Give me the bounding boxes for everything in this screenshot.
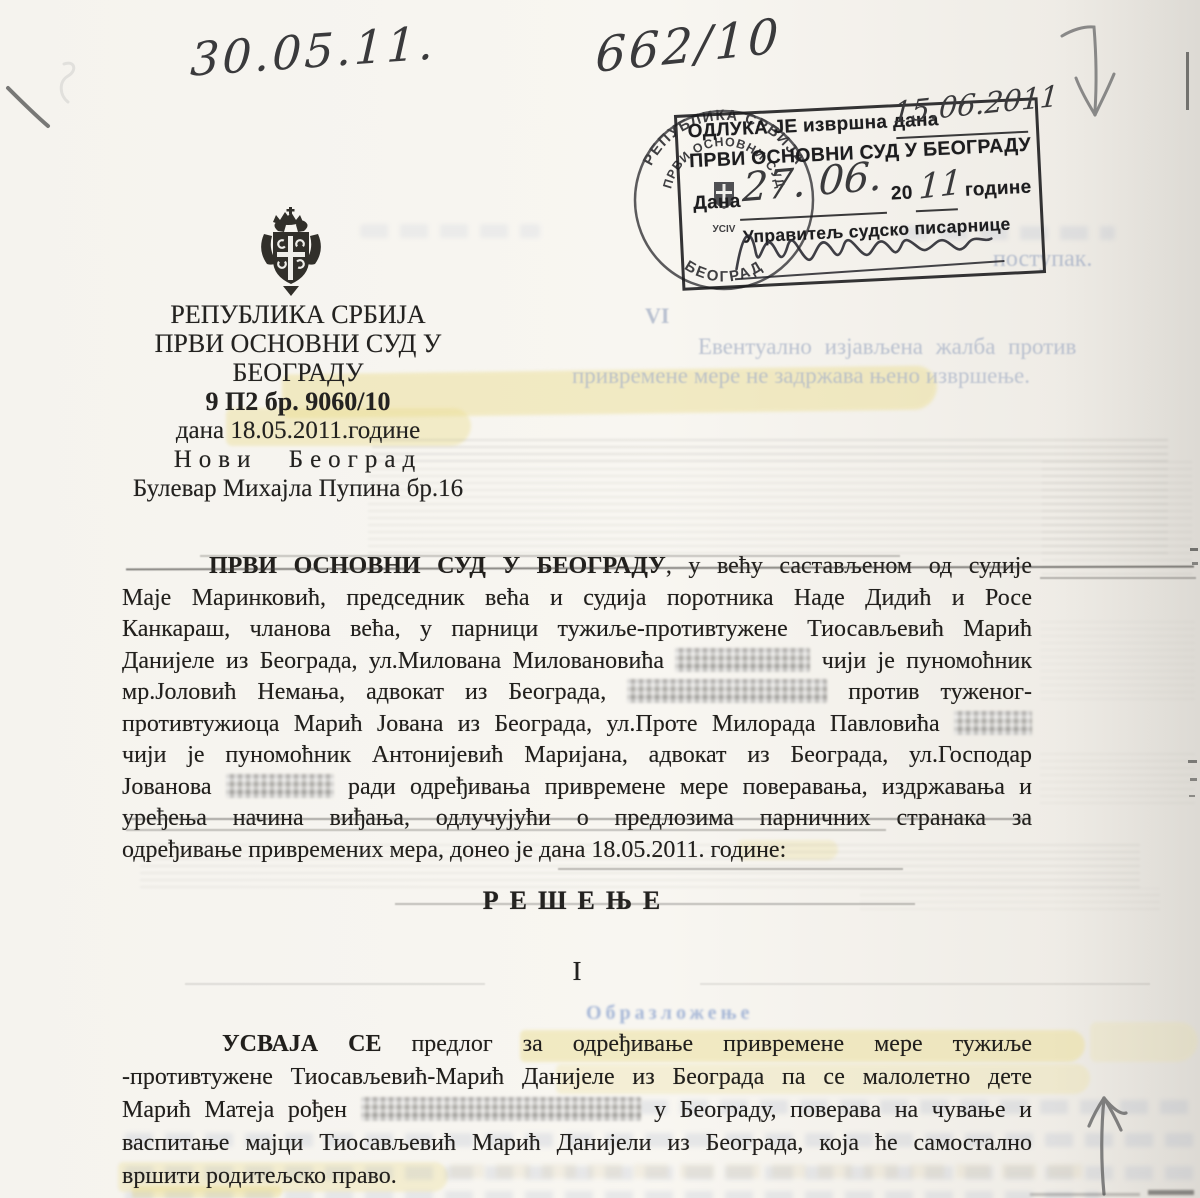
ghost-pencil-mark	[44, 56, 88, 112]
scan-shading	[1050, 0, 1200, 1198]
text-line: Јованова ради одређивања привремене мере…	[122, 772, 1032, 804]
scan-strike-line	[700, 983, 1150, 985]
letterhead-date: дана 18.05.2011.године	[126, 416, 470, 445]
text-segment: противтужиоца Марић Јована из Београда, …	[122, 711, 954, 737]
text-segment: ради одређивања привремене мере поверава…	[334, 774, 1032, 800]
text-line: мр.Јоловић Немања, адвокат из Београда, …	[122, 677, 1032, 709]
letterhead-court-line1: ПРВИ ОСНОВНИ СУД У	[126, 329, 470, 358]
scan-edge-mark	[1148, 1190, 1194, 1195]
scan-strike-line	[558, 868, 903, 870]
redaction-blur	[954, 711, 1032, 735]
letterhead-city: Нови Београд	[126, 445, 470, 474]
handwritten-executed-date: 15.06.2011	[892, 79, 1060, 130]
text-line: противтужиоца Марић Јована из Београда, …	[122, 709, 1032, 741]
bleedthrough-text: Евентуално изјављена жалба против	[698, 334, 1076, 360]
text-line: Марић Матеја рођен у Београду, поверава …	[122, 1094, 1032, 1127]
letterhead-court-line2: БЕОГРАДУ	[126, 358, 470, 387]
serbia-coat-of-arms	[256, 206, 326, 298]
scan-strike-line	[185, 983, 485, 985]
text-line: Данијеле из Београда, ул.Милована Милова…	[122, 646, 1032, 678]
scanned-court-document: поступак. VI Евентуално изјављена жалба …	[0, 0, 1200, 1198]
text-segment: мр.Јоловић Немања, адвокат из Београда,	[122, 679, 627, 705]
decision-heading: РЕШЕЊЕ	[122, 886, 1032, 916]
scan-strike-line	[200, 555, 900, 557]
handwritten-date-note: 30.05.11.	[189, 15, 437, 86]
text-line: васпитање мајци Тиосављевић Марић Даније…	[122, 1127, 1032, 1160]
bleedthrough-text: Образложење	[586, 1002, 753, 1025]
highlight-mark	[1090, 1022, 1198, 1062]
scan-edge-mark	[1190, 548, 1198, 551]
text-segment: Канкараш, чланова већа, у парници тужиље…	[122, 616, 1032, 642]
redaction-blur	[627, 679, 827, 703]
text-segment: васпитање мајци Тиосављевић Марић Даније…	[122, 1130, 1032, 1156]
text-segment: вршити родитељско право.	[122, 1163, 397, 1189]
bleedthrough-text: VI	[645, 303, 669, 329]
case-reference: 9 П2 бр. 9060/10	[126, 387, 470, 416]
scan-edge-mark	[1190, 778, 1197, 781]
redaction-blur	[226, 774, 334, 798]
execution-stamp: ОДЛУКА ЈЕ извршна дана 15.06.2011 ПРВИ О…	[674, 97, 1046, 291]
redaction-blur	[675, 648, 810, 672]
scan-smudge	[1042, 460, 1192, 575]
registrar-signature	[728, 205, 1023, 283]
text-segment: Марић Матеја рођен	[122, 1097, 361, 1123]
text-line: Канкараш, чланова већа, у парници тужиље…	[122, 614, 1032, 646]
bleedthrough-text: привремене мере не задржава њено извршењ…	[572, 363, 1030, 389]
scan-edge-mark	[1192, 562, 1198, 565]
handwritten-stamp-year: 11	[918, 162, 963, 208]
text-segment: Јованова	[122, 774, 226, 800]
pencil-arrow-down-icon	[1048, 16, 1138, 131]
scan-edge-mark	[1188, 760, 1197, 763]
text-segment: УСВАЈА СЕ	[222, 1031, 381, 1057]
text-segment: Маје Маринковић, председник већа и судиј…	[122, 585, 1032, 611]
scan-strike-line	[395, 903, 915, 905]
text-line: вршити родитељско право.	[122, 1160, 1032, 1193]
text-line: УСВАЈА СЕ предлог за одређивање привреме…	[122, 1028, 1032, 1061]
stamp-date-label: Дана	[693, 191, 741, 215]
text-segment: -противтужене Тиосављевић-Марић Данијеле…	[122, 1064, 1032, 1090]
text-line: одређивање привремених мера, донео је да…	[122, 835, 1032, 867]
scan-strike-line	[1040, 577, 1196, 579]
text-segment: у Београду, поверава на чување и	[641, 1097, 1032, 1123]
text-segment: предлог за одређивање привремене мере ту…	[381, 1031, 1032, 1057]
bleedthrough-line	[360, 224, 540, 238]
stamp-century: 20	[891, 182, 914, 205]
scan-strike-line	[126, 818, 1031, 820]
scan-strike-line	[126, 829, 886, 831]
court-letterhead: РЕПУБЛИКА СРБИЈА ПРВИ ОСНОВНИ СУД У БЕОГ…	[126, 300, 470, 503]
text-line: Маје Маринковић, председник већа и судиј…	[122, 583, 1032, 615]
scan-edge-mark	[1189, 795, 1195, 797]
stamp-year-suffix: године	[964, 177, 1032, 202]
scan-edge-mark	[1030, 1193, 1140, 1196]
scan-smudge	[1040, 620, 1195, 700]
text-line: -противтужене Тиосављевић-Марић Данијеле…	[122, 1061, 1032, 1094]
scan-smudge	[372, 436, 1168, 462]
scan-edge-mark	[1186, 52, 1189, 110]
letterhead-republic: РЕПУБЛИКА СРБИЈА	[126, 300, 470, 329]
pencil-arrow-up-icon	[1074, 1076, 1138, 1198]
redaction-blur	[361, 1097, 641, 1121]
text-segment: чији је пуномоћник	[810, 648, 1032, 674]
ruling-paragraph: УСВАЈА СЕ предлог за одређивање привреме…	[122, 1028, 1032, 1193]
text-segment: чији је пуномоћник Антонијевић Маријана,…	[122, 742, 1032, 768]
text-line: чији је пуномоћник Антонијевић Маријана,…	[122, 740, 1032, 772]
letterhead-address: Булевар Михајла Пупина бр.16	[126, 474, 470, 503]
text-segment: ПРВИ ОСНОВНИ СУД У БЕОГРАДУ	[209, 553, 666, 579]
text-segment: Данијеле из Београда, ул.Милована Милова…	[122, 648, 675, 674]
text-segment: одређивање привремених мера, донео је да…	[122, 837, 786, 863]
text-segment: против туженог-	[827, 679, 1032, 705]
scan-smudge	[1040, 752, 1195, 804]
handwritten-case-number: 662/10	[595, 8, 783, 84]
